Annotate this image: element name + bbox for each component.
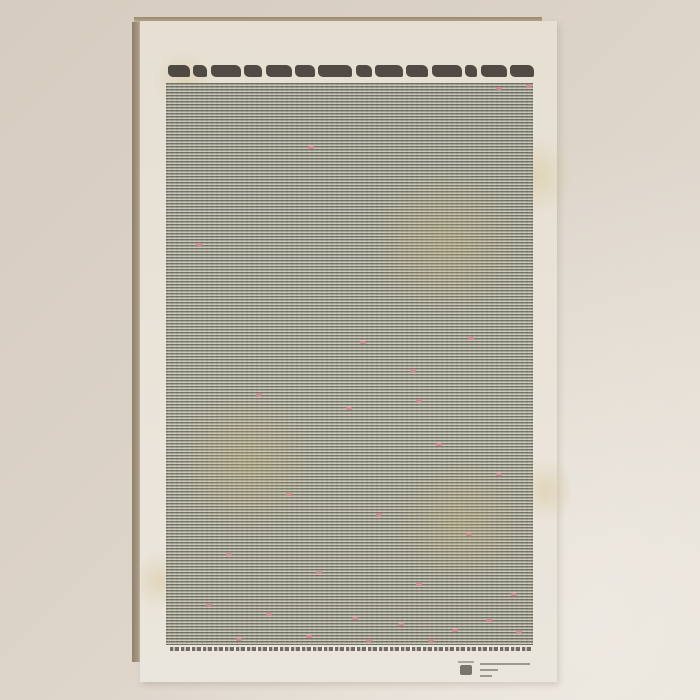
red-mark: [352, 617, 358, 620]
calligraphy-word: [465, 65, 477, 77]
red-mark: [256, 393, 262, 396]
calligraphy-word: [375, 65, 403, 77]
red-mark: [496, 473, 502, 476]
calligraphy-word: [168, 65, 190, 77]
signature-line: [480, 663, 530, 665]
red-mark: [486, 619, 492, 622]
body-description: Dense block of very fine Arabic micro-ca…: [166, 83, 167, 84]
ink-tint: [396, 463, 526, 583]
red-mark: [266, 613, 272, 616]
calligraphy-word: [295, 65, 315, 77]
micro-calligraphy-body: Dense block of very fine Arabic micro-ca…: [166, 83, 533, 645]
artwork-canvas: Dense block of very fine Arabic micro-ca…: [140, 21, 557, 682]
seal-caption: [458, 661, 474, 663]
calligraphy-word: [481, 65, 507, 77]
calligraphy-word: [266, 65, 292, 77]
red-mark: [398, 623, 404, 626]
calligraphy-word: [193, 65, 207, 77]
red-mark: [196, 243, 202, 246]
red-mark: [468, 337, 474, 340]
seal-stamp-icon: [460, 665, 472, 675]
signature-line: [480, 675, 492, 677]
calligraphy-word: [406, 65, 428, 77]
calligraphy-word: [510, 65, 534, 77]
calligraphy-word: [244, 65, 262, 77]
red-mark: [376, 513, 382, 516]
red-mark: [436, 443, 442, 446]
calligraphy-word: [318, 65, 352, 77]
red-mark: [511, 593, 517, 596]
red-mark: [306, 635, 312, 638]
red-mark: [236, 638, 242, 641]
closing-calligraphy-line: Final line of calligraphy below the main…: [170, 647, 532, 651]
calligraphy-word: [356, 65, 372, 77]
artist-signature: [460, 661, 534, 683]
red-mark: [516, 631, 522, 634]
red-mark: [346, 407, 352, 410]
ink-tint: [186, 383, 306, 543]
signature-line: [480, 669, 498, 671]
header-calligraphy: [168, 61, 534, 81]
red-mark: [360, 341, 366, 344]
red-mark: [416, 399, 422, 402]
red-mark: [206, 603, 212, 606]
red-mark: [366, 639, 372, 642]
red-mark: [410, 369, 416, 372]
red-mark: [316, 571, 322, 574]
red-mark: [416, 583, 422, 586]
calligraphy-word: [211, 65, 241, 77]
red-mark: [286, 493, 292, 496]
red-mark: [308, 146, 314, 149]
closing-line-description: Final line of calligraphy below the main…: [170, 647, 171, 648]
red-mark: [452, 629, 458, 632]
red-mark: [526, 85, 532, 88]
calligraphy-word: [432, 65, 462, 77]
red-mark: [428, 639, 434, 642]
ink-tint: [366, 173, 526, 313]
red-mark: [226, 553, 232, 556]
red-mark: [466, 533, 472, 536]
red-mark: [496, 87, 502, 90]
